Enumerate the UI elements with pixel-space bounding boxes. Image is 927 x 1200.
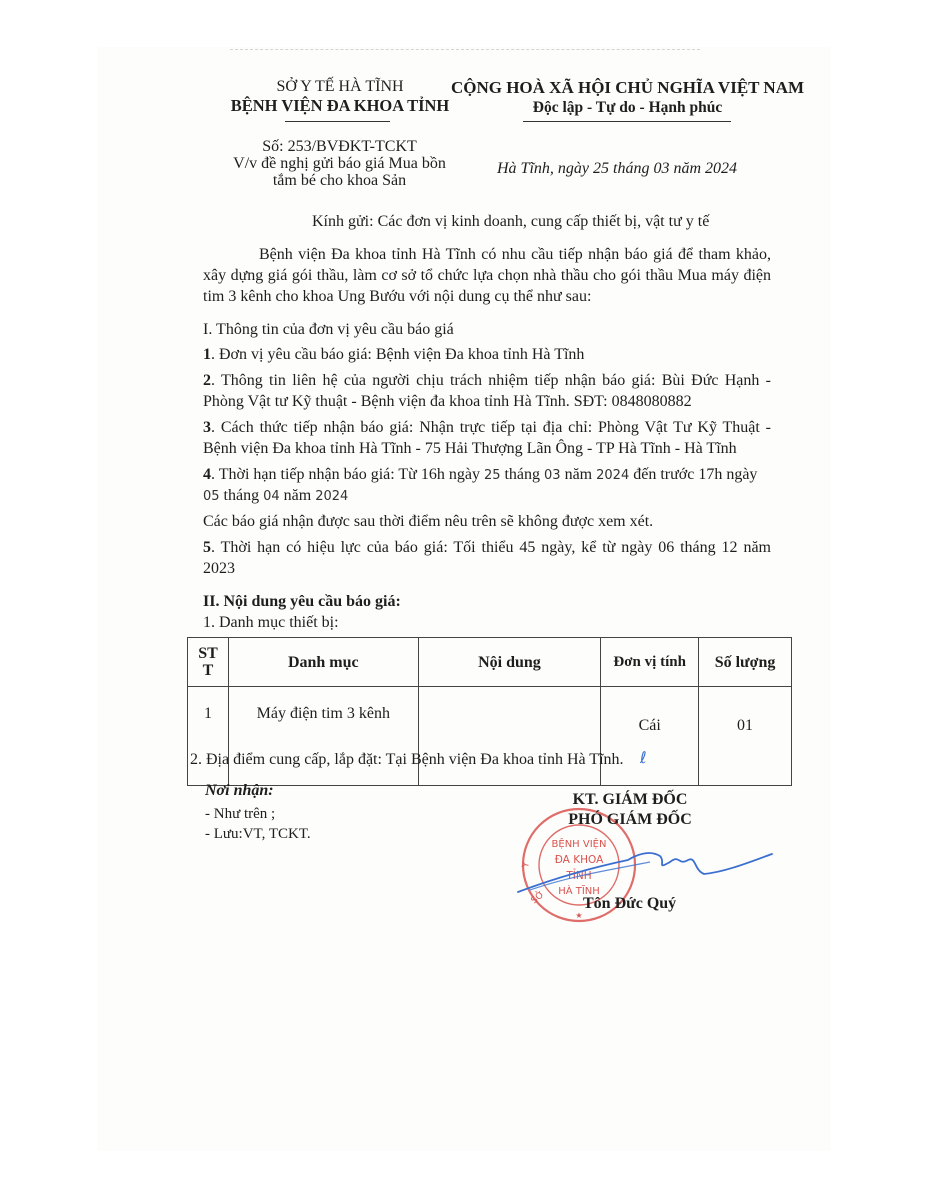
cell-stt: 1: [188, 687, 229, 786]
intro-line-2: xây dựng giá gói thầu, làm cơ sở tổ chức…: [203, 266, 771, 287]
scan-artifact-line: [230, 49, 700, 51]
item-text: . Đơn vị yêu cầu báo giá: Bệnh viện Đa k…: [211, 346, 584, 363]
initials-mark: ℓ: [640, 748, 647, 767]
signer-authority: KT. GIÁM ĐỐC: [545, 790, 715, 810]
late-quote-note: Các báo giá nhận được sau thời điểm nêu …: [203, 512, 771, 533]
item-text: đến trước 17h ngày: [629, 466, 757, 483]
item-text: . Thời hạn tiếp nhận báo giá: Từ 16h ngà…: [211, 466, 484, 483]
header-text: ST: [198, 645, 218, 662]
item-text: tháng: [500, 466, 544, 483]
cell-quantity: 01: [699, 687, 792, 786]
section-1-item-2-line-2: Phòng Vật tư Kỹ thuật - Bệnh viện đa kho…: [203, 392, 771, 413]
header-text: T: [203, 662, 214, 679]
handwritten-start-year: 2024: [596, 468, 629, 483]
col-unit: Đơn vị tính: [601, 638, 699, 687]
table-row: 1 Máy điện tim 3 kênh Cái 01: [188, 687, 792, 786]
section-1-item-2-line-1: 2. Thông tin liên hệ của người chịu trác…: [203, 371, 771, 392]
svg-text:★: ★: [575, 911, 582, 920]
section-1-item-5-line-1: 5. Thời hạn có hiệu lực của báo giá: Tối…: [203, 538, 771, 559]
national-heading: CỘNG HOÀ XÃ HỘI CHỦ NGHĨA VIỆT NAM Độc l…: [450, 78, 805, 118]
item-number: 1: [203, 346, 211, 363]
section-1-item-1: 1. Đơn vị yêu cầu báo giá: Bệnh viện Đa …: [203, 345, 771, 366]
hospital-name: BỆNH VIỆN ĐA KHOA TỈNH: [210, 96, 470, 116]
item-text: tháng: [220, 487, 264, 504]
recipient-item: - Lưu:VT, TCKT.: [205, 824, 311, 844]
cell-content: [418, 687, 601, 786]
agency-name: SỞ Y TẾ HÀ TĨNH: [210, 78, 470, 96]
section-2-title: II. Nội dung yêu cầu báo giá:: [203, 592, 771, 613]
item-number: 3: [203, 419, 211, 436]
place-date: Hà Tĩnh, ngày 25 tháng 03 năm 2024: [497, 160, 737, 178]
handwritten-signature: [510, 840, 780, 900]
subject-line-1: V/v đề nghị gửi báo giá Mua bồn: [212, 155, 467, 172]
salutation: Kính gửi: Các đơn vị kinh doanh, cung cấ…: [312, 213, 709, 231]
cell-unit: Cái: [601, 687, 699, 786]
signer-name: Tôn Đức Quý: [583, 895, 676, 913]
org-underline: [285, 121, 390, 122]
signature-title: KT. GIÁM ĐỐC PHÓ GIÁM ĐỐC: [545, 790, 715, 830]
section-1-item-3-line-2: Bệnh viện Đa khoa tỉnh Hà Tĩnh - 75 Hải …: [203, 439, 771, 460]
item-text: . Thông tin liên hệ của người chịu trách…: [211, 372, 771, 389]
handwritten-end-day: 05: [203, 489, 220, 504]
national-title: CỘNG HOÀ XÃ HỘI CHỦ NGHĨA VIỆT NAM: [450, 78, 805, 98]
col-item: Danh mục: [228, 638, 418, 687]
recipient-item: - Như trên ;: [205, 804, 311, 824]
issuing-organization: SỞ Y TẾ HÀ TĨNH BỆNH VIỆN ĐA KHOA TỈNH: [210, 78, 470, 116]
motto-underline: [523, 121, 731, 122]
section-1-item-5-line-2: 2023: [203, 559, 771, 580]
item-number: 5: [203, 539, 211, 556]
national-motto: Độc lập - Tự do - Hạnh phúc: [450, 98, 805, 118]
intro-line-1: Bệnh viện Đa khoa tỉnh Hà Tĩnh có nhu cầ…: [259, 245, 771, 266]
recipients-title: Nơi nhận:: [205, 782, 274, 800]
section-1-item-4-line-1: 4. Thời hạn tiếp nhận báo giá: Từ 16h ng…: [203, 465, 771, 487]
section-2-subtitle: 1. Danh mục thiết bị:: [203, 613, 771, 634]
cell-item: Máy điện tim 3 kênh: [228, 687, 418, 786]
intro-line-3: tim 3 kênh cho khoa Ung Bướu với nội dun…: [203, 287, 771, 308]
section-1-item-3-line-1: 3. Cách thức tiếp nhận báo giá: Nhận trự…: [203, 418, 771, 439]
handwritten-start-month: 03: [544, 468, 561, 483]
col-quantity: Số lượng: [699, 638, 792, 687]
item-text: . Cách thức tiếp nhận báo giá: Nhận trực…: [211, 419, 771, 436]
section-1-title: I. Thông tin của đơn vị yêu cầu báo giá: [203, 320, 771, 341]
handwritten-end-year: 2024: [315, 489, 348, 504]
subject-line-2: tắm bé cho khoa Sản: [212, 172, 467, 189]
item-text: . Thời hạn có hiệu lực của báo giá: Tối …: [211, 539, 771, 556]
recipients-list: - Như trên ; - Lưu:VT, TCKT.: [205, 804, 311, 844]
handwritten-start-day: 25: [484, 468, 501, 483]
document-number: Số: 253/BVĐKT-TCKT: [212, 138, 467, 155]
col-content: Nội dung: [418, 638, 601, 687]
col-stt: STT: [188, 638, 229, 687]
item-text: năm: [280, 487, 316, 504]
delivery-location: 2. Địa điểm cung cấp, lắp đặt: Tại Bệnh …: [190, 751, 624, 769]
document-reference: Số: 253/BVĐKT-TCKT V/v đề nghị gửi báo g…: [212, 138, 467, 189]
handwritten-end-month: 04: [263, 489, 280, 504]
item-text: năm: [561, 466, 597, 483]
section-1-item-4-line-2: 05 tháng 04 năm 2024: [203, 486, 771, 508]
item-number: 4: [203, 466, 211, 483]
signer-position: PHÓ GIÁM ĐỐC: [545, 810, 715, 830]
item-number: 2: [203, 372, 211, 389]
table-header-row: STT Danh mục Nội dung Đơn vị tính Số lượ…: [188, 638, 792, 687]
